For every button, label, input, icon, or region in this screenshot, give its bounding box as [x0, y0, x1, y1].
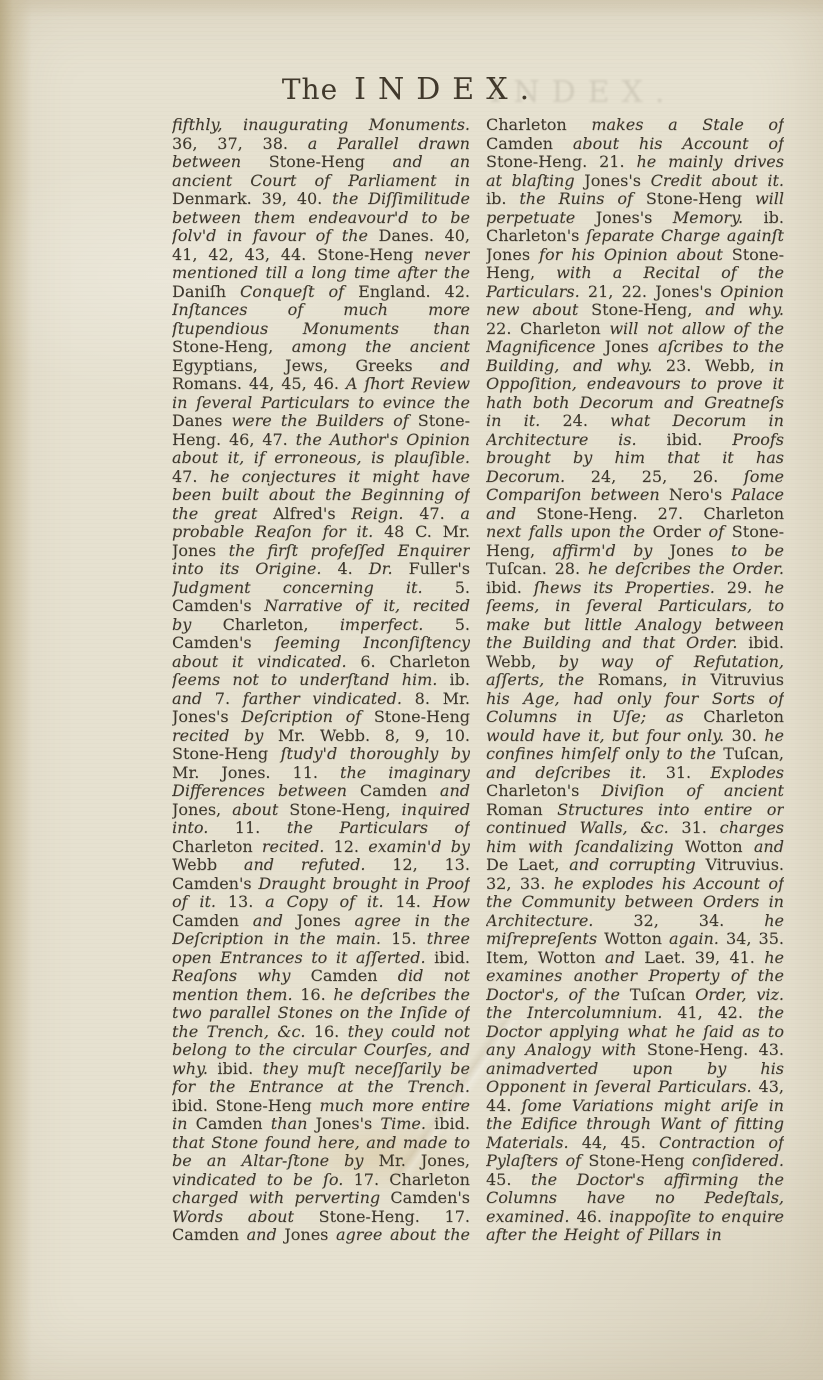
- text-run: 7.: [215, 689, 230, 708]
- text-run: Camden's: [172, 596, 252, 615]
- text-run: Deſcription of: [241, 707, 361, 726]
- text-run: recited.: [262, 837, 324, 856]
- text-run: ibid.: [172, 1096, 208, 1115]
- text-run: Charleton: [703, 504, 784, 523]
- text-run: 45.: [486, 1170, 511, 1189]
- text-run: Stone-Heng,: [289, 800, 390, 819]
- text-run: Egyptians, Jews, Greeks: [172, 356, 413, 375]
- text-run: 6.: [360, 652, 375, 671]
- text-run: Stone-Heng: [317, 245, 413, 264]
- text-run: Charleton's: [486, 226, 579, 245]
- text-run: among the ancient: [292, 337, 470, 356]
- text-run: 24, 25, 26.: [591, 467, 719, 486]
- text-run: Stone-Heng,: [172, 337, 273, 356]
- title-the: The: [282, 73, 338, 106]
- text-run: Reaſons why: [172, 966, 290, 985]
- text-run: Wotton: [685, 837, 743, 856]
- text-run: De Laet,: [486, 855, 559, 874]
- text-run: next falls upon the: [486, 522, 645, 541]
- text-run: 21, 22.: [588, 282, 647, 301]
- catchword: Stone-: [486, 1246, 784, 1247]
- text-run: Memory.: [673, 208, 743, 227]
- index-column-right: Charleton makes a Stale of Camden about …: [486, 116, 784, 1246]
- text-run: Jones's: [316, 1114, 373, 1133]
- text-run: 30.: [731, 726, 756, 745]
- text-run: animadverted upon by his Opponent in ſev…: [486, 1059, 784, 1097]
- text-run: 15.: [391, 929, 416, 948]
- text-run: Webb,: [486, 652, 536, 671]
- column-left-text: fifthly, inaugurating Monuments. 36, 37,…: [172, 116, 470, 1246]
- text-run: to be: [731, 541, 784, 560]
- text-run: Reign.: [351, 504, 403, 523]
- text-run: about his Account of: [573, 134, 784, 153]
- text-run: ſeparate Charge againſt: [586, 226, 784, 245]
- text-run: 32, 34.: [633, 911, 724, 930]
- text-run: ib.: [450, 670, 470, 689]
- text-run: 23.: [666, 356, 691, 375]
- text-run: charged with perverting: [172, 1188, 380, 1207]
- text-run: Camden: [311, 966, 378, 985]
- text-run: Webb,: [705, 356, 755, 375]
- text-run: Credit about it.: [651, 171, 784, 190]
- text-run: and corrupting: [569, 855, 695, 874]
- text-run: in: [681, 670, 696, 689]
- text-run: conſidered.: [692, 1151, 784, 1170]
- book-page: INDEX. TheINDEX. fifthly, inaugurating M…: [0, 0, 823, 1380]
- text-run: Mr. Jones. 11.: [172, 763, 318, 782]
- text-run: and: [253, 911, 283, 930]
- text-run: 16.: [314, 1022, 339, 1041]
- page-title: INDEX. TheINDEX.: [0, 72, 823, 107]
- text-run: Camden: [360, 781, 427, 800]
- text-run: Words about: [172, 1207, 294, 1226]
- text-run: ibid.: [434, 1114, 470, 1133]
- text-run: England. 42.: [358, 282, 470, 301]
- text-run: 11.: [235, 818, 260, 837]
- text-run: 5.: [455, 615, 470, 634]
- text-run: Stone-Heng. 21.: [486, 152, 625, 171]
- text-run: 17.: [354, 1170, 379, 1189]
- text-run: ſtudy'd thoroughly by: [281, 744, 470, 763]
- text-run: about: [232, 800, 278, 819]
- text-run: Explodes: [710, 763, 784, 782]
- text-run: ibid.: [748, 633, 784, 652]
- text-run: 4.: [337, 559, 352, 578]
- text-run: would have it, but four only.: [486, 726, 724, 745]
- text-run: Camden: [172, 1225, 239, 1244]
- text-run: and deſcribes it.: [486, 763, 646, 782]
- text-run: Stone-Heng. 27.: [536, 504, 683, 523]
- text-run: a Copy of it.: [265, 892, 383, 911]
- text-run: 31.: [681, 818, 706, 837]
- title-bleedthrough: INDEX.: [490, 75, 677, 110]
- text-run: Roman: [486, 800, 543, 819]
- text-run: Diviſion of ancient: [601, 781, 784, 800]
- text-run: farther vindicated.: [243, 689, 402, 708]
- text-run: ibid.: [217, 1059, 253, 1078]
- text-run: and refuted.: [244, 855, 365, 874]
- text-run: Wotton: [604, 929, 662, 948]
- text-run: Jones's: [584, 171, 641, 190]
- text-run: 17, 18.: [386, 1244, 443, 1247]
- text-run: Jones,: [172, 800, 221, 819]
- text-run: Danes: [172, 411, 222, 430]
- text-run: Camden: [486, 134, 553, 153]
- text-run: Romans,: [598, 670, 668, 689]
- text-run: for his Opinion about: [539, 245, 723, 264]
- text-run: Jones: [605, 337, 649, 356]
- text-run: Order: [653, 522, 701, 541]
- text-run: Stone-Heng: [646, 189, 742, 208]
- text-run: Romans. 44, 45, 46.: [172, 374, 339, 393]
- text-run: Time.: [380, 1114, 426, 1133]
- text-run: Tuſcan,: [723, 744, 784, 763]
- text-run: 12.: [334, 837, 359, 856]
- text-run: 34, 35.: [726, 929, 784, 948]
- text-run: Stone-Heng,: [591, 300, 692, 319]
- text-run: again.: [669, 929, 719, 948]
- text-run: ibid.: [434, 948, 470, 967]
- text-run: 29.: [727, 578, 752, 597]
- text-run: 44, 45.: [582, 1133, 646, 1152]
- text-run: recited by: [172, 726, 263, 745]
- text-run: ſeems not to underſtand him.: [172, 670, 437, 689]
- text-run: 36, 37, 38.: [172, 134, 288, 153]
- text-run: and: [440, 356, 470, 375]
- text-run: Tuſcan. 28.: [486, 559, 580, 578]
- text-run: 48 C.: [384, 522, 432, 541]
- text-run: Inſtances of much more ſtupendious Monum…: [172, 300, 470, 338]
- text-run: Camden's: [172, 633, 252, 652]
- text-run: fifthly, inaugurating Monuments.: [172, 116, 470, 134]
- text-run: Stone-Heng: [172, 744, 268, 763]
- text-run: Camden: [196, 1114, 263, 1133]
- text-run: Mr. Jones,: [378, 1151, 470, 1170]
- text-run: affirm'd by: [552, 541, 652, 560]
- text-run: 16.: [300, 985, 325, 1004]
- index-column-left: fifthly, inaugurating Monuments. 36, 37,…: [172, 116, 470, 1246]
- text-run: ib.: [486, 189, 506, 208]
- text-run: 31.: [666, 763, 691, 782]
- text-run: vindicated to be ſo.: [172, 1170, 343, 1189]
- text-run: the Ruins of: [519, 189, 633, 208]
- text-run: and: [172, 689, 202, 708]
- text-run: Charleton: [389, 652, 470, 671]
- text-run: 8.: [415, 689, 430, 708]
- text-run: Tuſcan: [630, 985, 686, 1004]
- text-run: Stone-Heng: [216, 1096, 312, 1115]
- text-run: Charleton,: [223, 615, 309, 634]
- text-run: Stone-Heng. 43.: [647, 1040, 784, 1059]
- text-run: Webb: [172, 855, 217, 874]
- text-run: 22.: [486, 319, 511, 338]
- text-run: Vitruvius: [711, 670, 784, 689]
- text-run: Jones: [297, 911, 341, 930]
- text-run: 41, 42.: [677, 1003, 743, 1022]
- text-run: and: [247, 1225, 277, 1244]
- text-run: Charleton: [703, 707, 784, 726]
- text-run: 14.: [395, 892, 420, 911]
- text-run: Fuller's: [409, 559, 470, 578]
- text-run: and why.: [705, 300, 784, 319]
- text-run: Laet. 39, 41.: [644, 948, 755, 967]
- text-run: Stone-Heng: [269, 152, 365, 171]
- text-run: Camden: [172, 911, 239, 930]
- text-run: the Particulars of: [287, 818, 470, 837]
- text-run: Charleton: [520, 319, 601, 338]
- text-run: Camden's: [390, 1188, 470, 1207]
- text-run: Item, Wotton: [486, 948, 596, 967]
- text-run: Camden's: [172, 874, 252, 893]
- text-run: Charleton: [486, 116, 567, 134]
- column-right-text: Charleton makes a Stale of Camden about …: [486, 116, 784, 1244]
- text-run: Charleton's: [486, 781, 579, 800]
- text-run: Charleton: [389, 1170, 470, 1189]
- text-run: Mr. Webb. 8, 9, 10.: [278, 726, 470, 745]
- text-run: Denmark. 39, 40.: [172, 189, 322, 208]
- text-run: 47.: [419, 504, 444, 523]
- text-run: than: [271, 1114, 308, 1133]
- text-run: 46.: [577, 1207, 602, 1226]
- text-run: Stone-Heng: [588, 1151, 684, 1170]
- text-run: Jones's: [655, 282, 712, 301]
- text-run: Jones: [670, 541, 714, 560]
- text-run: ſhews its Properties.: [534, 578, 715, 597]
- text-run: 12, 13.: [392, 855, 470, 874]
- text-run: Jones: [284, 1225, 328, 1244]
- index-columns: fifthly, inaugurating Monuments. 36, 37,…: [172, 116, 784, 1246]
- text-run: How: [433, 892, 470, 911]
- text-run: ibid.: [666, 430, 702, 449]
- text-run: makes a Stale of: [591, 116, 784, 134]
- text-run: Judgment concerning it.: [172, 578, 423, 597]
- text-run: Charleton: [172, 837, 253, 856]
- text-run: imperfect.: [340, 615, 424, 634]
- text-run: Daniſh: [172, 282, 226, 301]
- text-run: Jones's: [596, 208, 653, 227]
- text-run: 13.: [228, 892, 253, 911]
- text-run: Conqueſt of: [240, 282, 344, 301]
- text-run: 24.: [562, 411, 587, 430]
- text-run: were the Builders of: [231, 411, 408, 430]
- text-run: Nero's: [669, 485, 722, 504]
- text-run: he deſcribes the Order.: [588, 559, 784, 578]
- text-run: ibid.: [486, 578, 522, 597]
- text-run: Jones: [486, 245, 530, 264]
- text-run: and: [754, 837, 784, 856]
- text-run: Dr.: [369, 559, 393, 578]
- text-run: examin'd by: [368, 837, 470, 856]
- text-run: Stone-Heng. 17.: [319, 1207, 470, 1226]
- text-run: and: [605, 948, 635, 967]
- text-run: 47.: [172, 467, 197, 486]
- text-run: 5.: [455, 578, 470, 597]
- text-run: Alfred's: [273, 504, 336, 523]
- text-run: of: [709, 522, 725, 541]
- text-run: ib.: [764, 208, 784, 227]
- text-run: Stone-Heng: [374, 707, 470, 726]
- text-run: and: [440, 781, 470, 800]
